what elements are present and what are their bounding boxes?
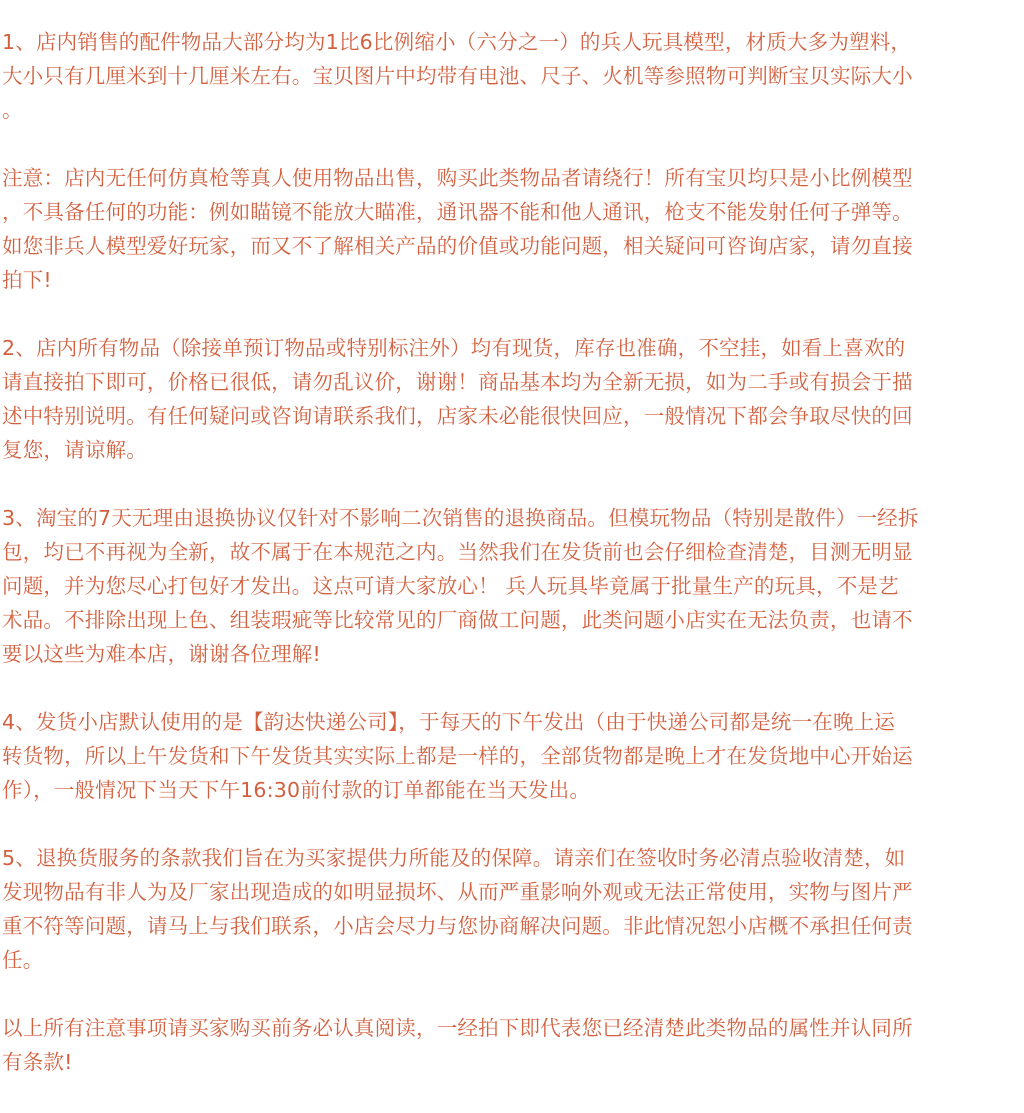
text-line: 。 [2, 93, 1020, 127]
text-line: 4、发货小店默认使用的是【韵达快递公司】，于每天的下午发出（由于快递公司都是统一… [2, 705, 1020, 739]
text-line: 转货物，所以上午发货和下午发货其实实际上都是一样的，全部货物都是晚上才在发货地中… [2, 739, 1020, 773]
text-line: 注意：店内无任何仿真枪等真人使用物品出售，购买此类物品者请绕行！所有宝贝均只是小… [2, 161, 1020, 195]
paragraph-stock-notice: 2、店内所有物品（除接单预订物品或特别标注外）均有现货，库存也准确，不空挂，如看… [2, 331, 1020, 467]
text-line: 作），一般情况下当天下午16:30前付款的订单都能在当天发出。 [2, 773, 1020, 807]
paragraph-closing-notice: 以上所有注意事项请买家购买前务必认真阅读，一经拍下即代表您已经清楚此类物品的属性… [2, 1011, 1020, 1079]
text-line: 以上所有注意事项请买家购买前务必认真阅读，一经拍下即代表您已经清楚此类物品的属性… [2, 1011, 1020, 1045]
text-line: 发现物品有非人为及厂家出现造成的如明显损坏、从而严重影响外观或无法正常使用，实物… [2, 875, 1020, 909]
text-line: 术品。不排除出现上色、组装瑕疵等比较常见的厂商做工问题，此类问题小店实在无法负责… [2, 603, 1020, 637]
text-line: 拍下! [2, 263, 1020, 297]
text-line: 请直接拍下即可，价格已很低，请勿乱议价，谢谢！商品基本均为全新无损，如为二手或有… [2, 365, 1020, 399]
text-line: 1、店内销售的配件物品大部分均为1比6比例缩小（六分之一）的兵人玩具模型，材质大… [2, 25, 1020, 59]
text-line: 任。 [2, 943, 1020, 977]
store-notice-document: 1、店内销售的配件物品大部分均为1比6比例缩小（六分之一）的兵人玩具模型，材质大… [2, 25, 1020, 1113]
text-line: 重不符等问题，请马上与我们联系，小店会尽力与您协商解决问题。非此情况恕小店概不承… [2, 909, 1020, 943]
text-line: 有条款! [2, 1045, 1020, 1079]
paragraph-exchange-service-notice: 5、退换货服务的条款我们旨在为买家提供力所能及的保障。请亲们在签收时务必清点验收… [2, 841, 1020, 977]
text-line: 述中特别说明。有任何疑问或咨询请联系我们，店家未必能很快回应，一般情况下都会争取… [2, 399, 1020, 433]
text-line: 要以这些为难本店，谢谢各位理解! [2, 637, 1020, 671]
text-line: 问题，并为您尽心打包好才发出。这点可请大家放心！ 兵人玩具毕竟属于批量生产的玩具… [2, 569, 1020, 603]
text-line: 如您非兵人模型爱好玩家，而又不了解相关产品的价值或功能问题，相关疑问可咨询店家，… [2, 229, 1020, 263]
paragraph-scale-notice: 1、店内销售的配件物品大部分均为1比6比例缩小（六分之一）的兵人玩具模型，材质大… [2, 25, 1020, 127]
text-line: 复您，请谅解。 [2, 433, 1020, 467]
text-line: 2、店内所有物品（除接单预订物品或特别标注外）均有现货，库存也准确，不空挂，如看… [2, 331, 1020, 365]
text-line: ，不具备任何的功能：例如瞄镜不能放大瞄准，通讯器不能和他人通讯，枪支不能发射任何… [2, 195, 1020, 229]
paragraph-shipping-notice: 4、发货小店默认使用的是【韵达快递公司】，于每天的下午发出（由于快递公司都是统一… [2, 705, 1020, 807]
text-line: 大小只有几厘米到十几厘米左右。宝贝图片中均带有电池、尺子、火机等参照物可判断宝贝… [2, 59, 1020, 93]
paragraph-return-policy-notice: 3、淘宝的7天无理由退换协议仅针对不影响二次销售的退换商品。但模玩物品（特别是散… [2, 501, 1020, 671]
paragraph-attention-notice: 注意：店内无任何仿真枪等真人使用物品出售，购买此类物品者请绕行！所有宝贝均只是小… [2, 161, 1020, 297]
text-line: 3、淘宝的7天无理由退换协议仅针对不影响二次销售的退换商品。但模玩物品（特别是散… [2, 501, 1020, 535]
text-line: 5、退换货服务的条款我们旨在为买家提供力所能及的保障。请亲们在签收时务必清点验收… [2, 841, 1020, 875]
text-line: 包，均已不再视为全新，故不属于在本规范之内。当然我们在发货前也会仔细检查清楚，目… [2, 535, 1020, 569]
